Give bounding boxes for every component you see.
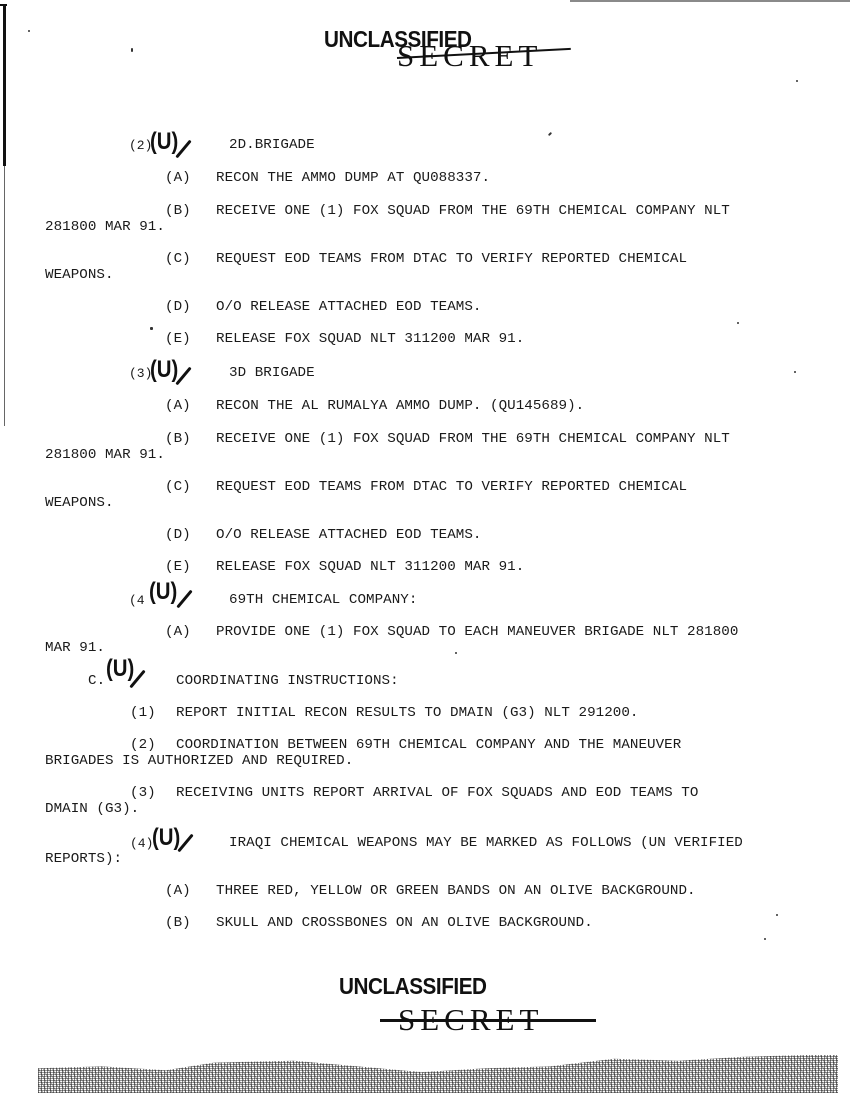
scan-edge-top bbox=[570, 0, 850, 2]
portion-mark-unclassified: (U) bbox=[152, 826, 180, 850]
item-letter: (B) bbox=[165, 431, 191, 447]
item-text-continued: REPORTS): bbox=[45, 851, 122, 867]
item-text: RECEIVE ONE (1) FOX SQUAD FROM THE 69TH … bbox=[216, 203, 730, 219]
item-letter: (E) bbox=[165, 331, 191, 347]
item-letter: (D) bbox=[165, 527, 191, 543]
item-letter: (B) bbox=[165, 203, 191, 219]
scan-speck bbox=[796, 80, 798, 82]
portion-mark-unclassified: (U) bbox=[150, 130, 178, 154]
section-heading: 69TH CHEMICAL COMPANY: bbox=[229, 592, 417, 608]
item-text: SKULL AND CROSSBONES ON AN OLIVE BACKGRO… bbox=[216, 915, 593, 931]
scan-speck bbox=[776, 914, 778, 916]
portion-mark-unclassified: (U) bbox=[149, 580, 177, 604]
paragraph-number: (2) bbox=[129, 138, 152, 154]
scan-edge-left bbox=[3, 6, 6, 166]
item-text: REQUEST EOD TEAMS FROM DTAC TO VERIFY RE… bbox=[216, 251, 687, 267]
item-text-continued: BRIGADES IS AUTHORIZED AND REQUIRED. bbox=[45, 753, 353, 769]
scan-edge-left-thin bbox=[4, 166, 5, 426]
item-letter: (A) bbox=[165, 170, 191, 186]
item-number: (3) bbox=[130, 785, 156, 801]
portion-mark-unclassified: (U) bbox=[150, 358, 178, 382]
item-text: RELEASE FOX SQUAD NLT 311200 MAR 91. bbox=[216, 331, 524, 347]
handwritten-strike-mark bbox=[176, 590, 192, 609]
classification-bottom-label: UNCLASSIFIED bbox=[339, 973, 487, 1000]
scan-noise-band bbox=[38, 1055, 838, 1093]
paragraph-number: (3) bbox=[129, 366, 152, 382]
item-text: IRAQI CHEMICAL WEAPONS MAY BE MARKED AS … bbox=[229, 835, 743, 851]
scan-speck bbox=[764, 938, 766, 940]
item-text: RECON THE AMMO DUMP AT QU088337. bbox=[216, 170, 490, 186]
item-letter: (A) bbox=[165, 398, 191, 414]
strikethrough-line bbox=[380, 1019, 596, 1022]
scan-speck bbox=[548, 132, 552, 136]
item-text: COORDINATION BETWEEN 69TH CHEMICAL COMPA… bbox=[176, 737, 681, 753]
item-number: (4) bbox=[130, 836, 153, 852]
item-text: O/O RELEASE ATTACHED EOD TEAMS. bbox=[216, 299, 481, 315]
paragraph-number: (4 bbox=[129, 593, 145, 609]
scan-speck bbox=[737, 322, 739, 324]
item-number: (2) bbox=[130, 737, 156, 753]
item-letter: (C) bbox=[165, 251, 191, 267]
item-text: RECEIVE ONE (1) FOX SQUAD FROM THE 69TH … bbox=[216, 431, 730, 447]
item-text: RECON THE AL RUMALYA AMMO DUMP. (QU14568… bbox=[216, 398, 584, 414]
item-text-continued: 281800 MAR 91. bbox=[45, 447, 165, 463]
scan-speck bbox=[28, 30, 30, 32]
portion-mark-unclassified: (U) bbox=[106, 657, 134, 681]
item-text: REPORT INITIAL RECON RESULTS TO DMAIN (G… bbox=[176, 705, 638, 721]
item-letter: (A) bbox=[165, 624, 191, 640]
scan-speck bbox=[455, 652, 457, 654]
paragraph-number: C. bbox=[88, 673, 105, 689]
item-letter: (A) bbox=[165, 883, 191, 899]
item-text: RECEIVING UNITS REPORT ARRIVAL OF FOX SQ… bbox=[176, 785, 698, 801]
item-number: (1) bbox=[130, 705, 156, 721]
section-heading: COORDINATING INSTRUCTIONS: bbox=[176, 673, 399, 689]
item-letter: (B) bbox=[165, 915, 191, 931]
section-heading: 3D BRIGADE bbox=[229, 365, 315, 381]
scan-speck bbox=[131, 48, 133, 52]
item-letter: (C) bbox=[165, 479, 191, 495]
item-letter: (D) bbox=[165, 299, 191, 315]
item-text-continued: WEAPONS. bbox=[45, 495, 114, 511]
item-letter: (E) bbox=[165, 559, 191, 575]
item-text: REQUEST EOD TEAMS FROM DTAC TO VERIFY RE… bbox=[216, 479, 687, 495]
item-text: RELEASE FOX SQUAD NLT 311200 MAR 91. bbox=[216, 559, 524, 575]
item-text: THREE RED, YELLOW OR GREEN BANDS ON AN O… bbox=[216, 883, 696, 899]
item-text-continued: MAR 91. bbox=[45, 640, 105, 656]
item-text: O/O RELEASE ATTACHED EOD TEAMS. bbox=[216, 527, 481, 543]
section-heading: 2D.BRIGADE bbox=[229, 137, 315, 153]
item-text-continued: DMAIN (G3). bbox=[45, 801, 139, 817]
item-text-continued: 281800 MAR 91. bbox=[45, 219, 165, 235]
item-text: PROVIDE ONE (1) FOX SQUAD TO EACH MANEUV… bbox=[216, 624, 738, 640]
scan-speck bbox=[150, 327, 153, 330]
scan-speck bbox=[794, 371, 796, 373]
item-text-continued: WEAPONS. bbox=[45, 267, 114, 283]
